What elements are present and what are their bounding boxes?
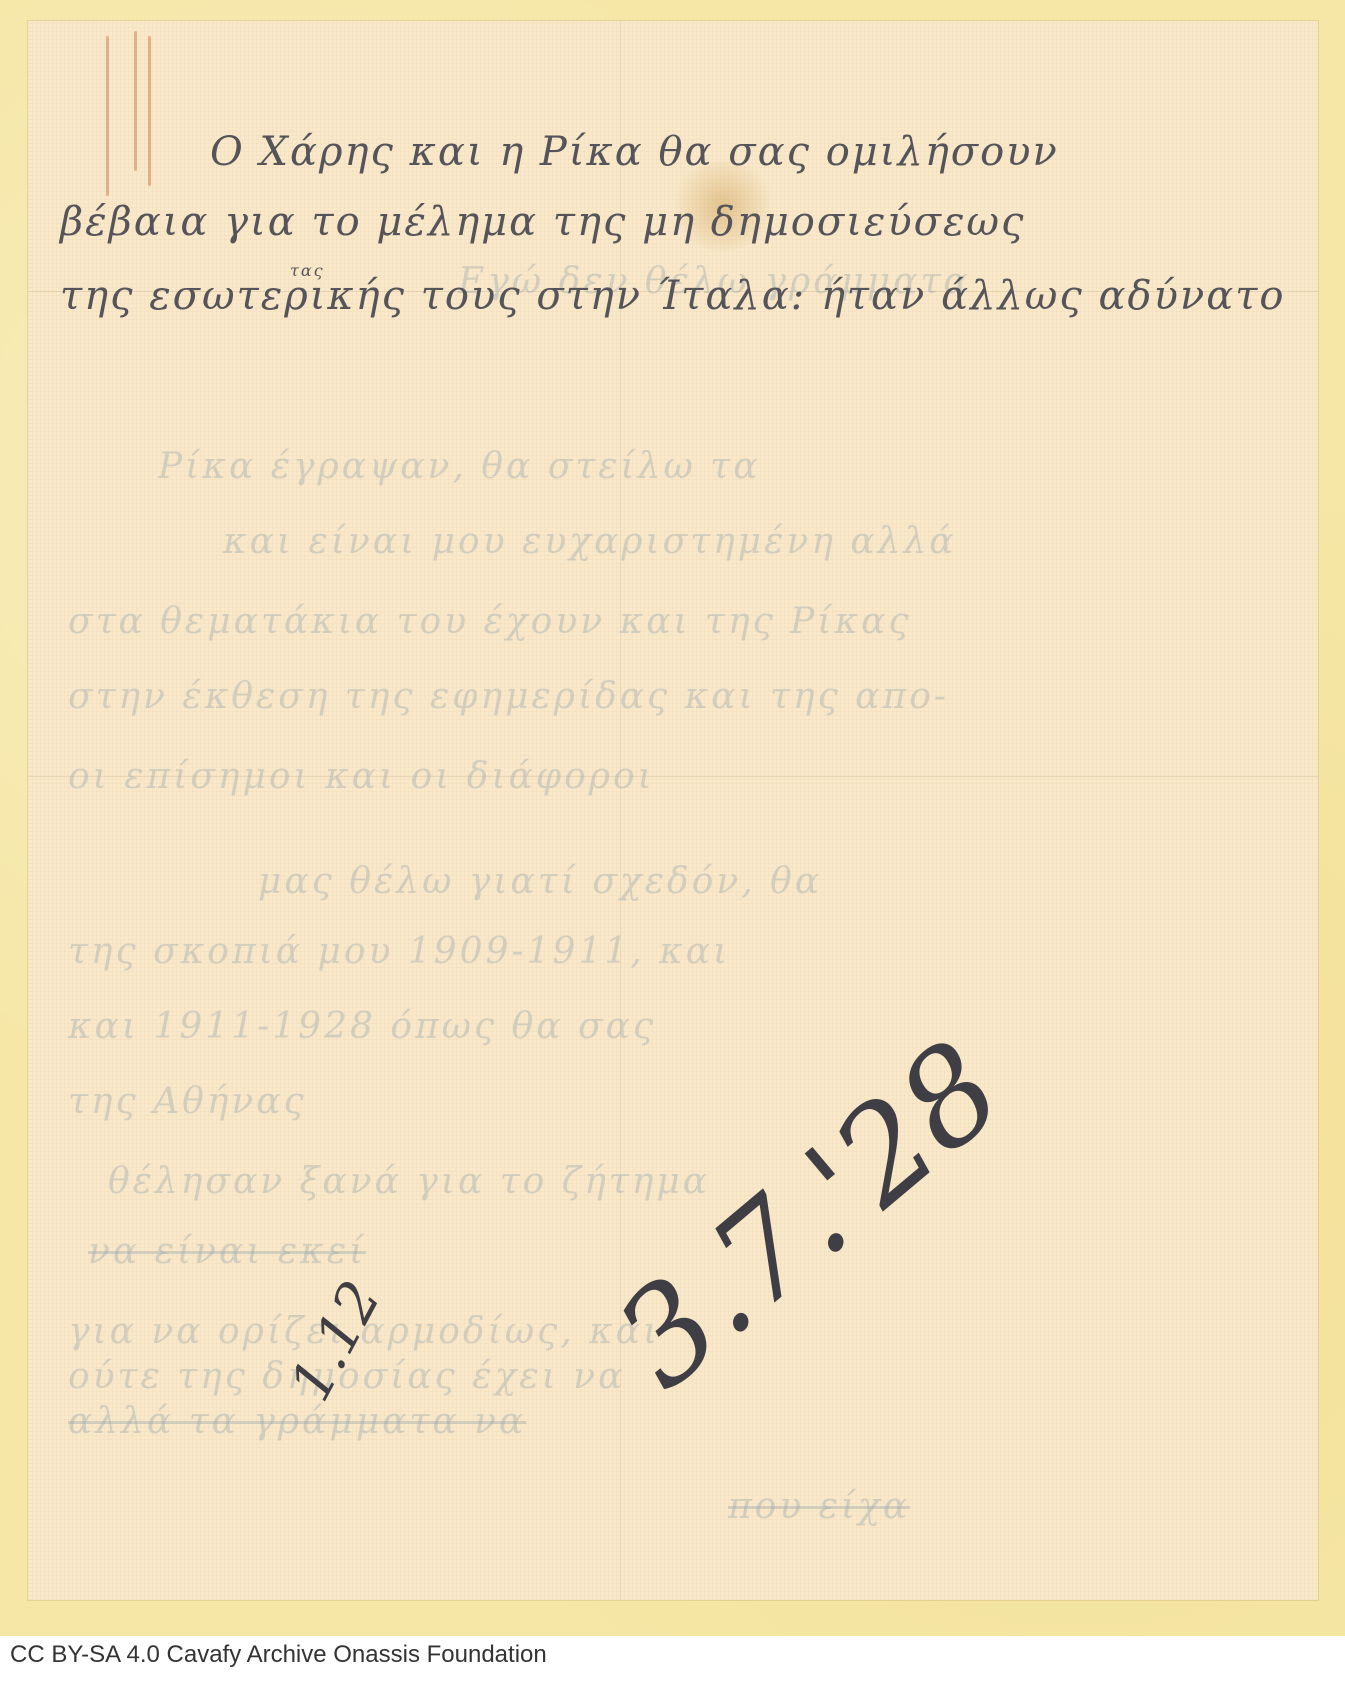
rust-mark	[148, 36, 151, 186]
bleed-through-line: αλλά τα γράμματα να	[68, 1401, 526, 1442]
bleed-through-line: της σκοπιά μου 1909-1911, και	[68, 931, 730, 972]
bleed-through-line: θέλησαν ξανά για το ζήτημα	[108, 1161, 710, 1202]
bleed-through-line: οι επίσημοι και οι διάφοροι	[68, 756, 655, 797]
handwritten-line: βέβαια για το μέλημα της μη δημοσιεύσεως	[60, 199, 1025, 245]
license-caption: CC BY-SA 4.0 Cavafy Archive Onassis Foun…	[10, 1641, 547, 1669]
bleed-through-line: και είναι μου ευχαριστημένη αλλά	[223, 521, 957, 562]
bleed-through-line: και 1911-1928 όπως θα σας	[68, 1006, 656, 1047]
bleed-through-line: μας θέλω γιατί σχεδόν, θα	[258, 861, 822, 902]
bleed-through-line: που είχα	[728, 1486, 910, 1527]
rust-mark	[106, 36, 109, 196]
bleed-through-line: να είναι εκεί	[88, 1231, 366, 1272]
handwritten-line: Ο Χάρης και η Ρίκα θα σας ομιλήσουν	[210, 129, 1059, 175]
interlinear-note: τας	[290, 261, 325, 280]
bleed-through-line: της Αθήνας	[68, 1081, 307, 1122]
bleed-through-line: στα θεματάκια του έχουν και της Ρίκας	[68, 601, 912, 642]
date-annotation: 3.7.'28	[588, 1012, 1030, 1417]
bleed-through-line: Ρίκα έγραψαν, θα στείλω τα	[158, 446, 761, 487]
bleed-through-line: στην έκθεση της εφημερίδας και της απο-	[68, 676, 949, 717]
manuscript-page: Εγώ δεν θέλω γράμματα Ρίκα έγραψαν, θα σ…	[28, 21, 1318, 1600]
handwritten-line: της εσωτερικής τους στην Ίταλα: ήταν άλλ…	[60, 273, 1286, 319]
rust-mark	[134, 31, 137, 171]
